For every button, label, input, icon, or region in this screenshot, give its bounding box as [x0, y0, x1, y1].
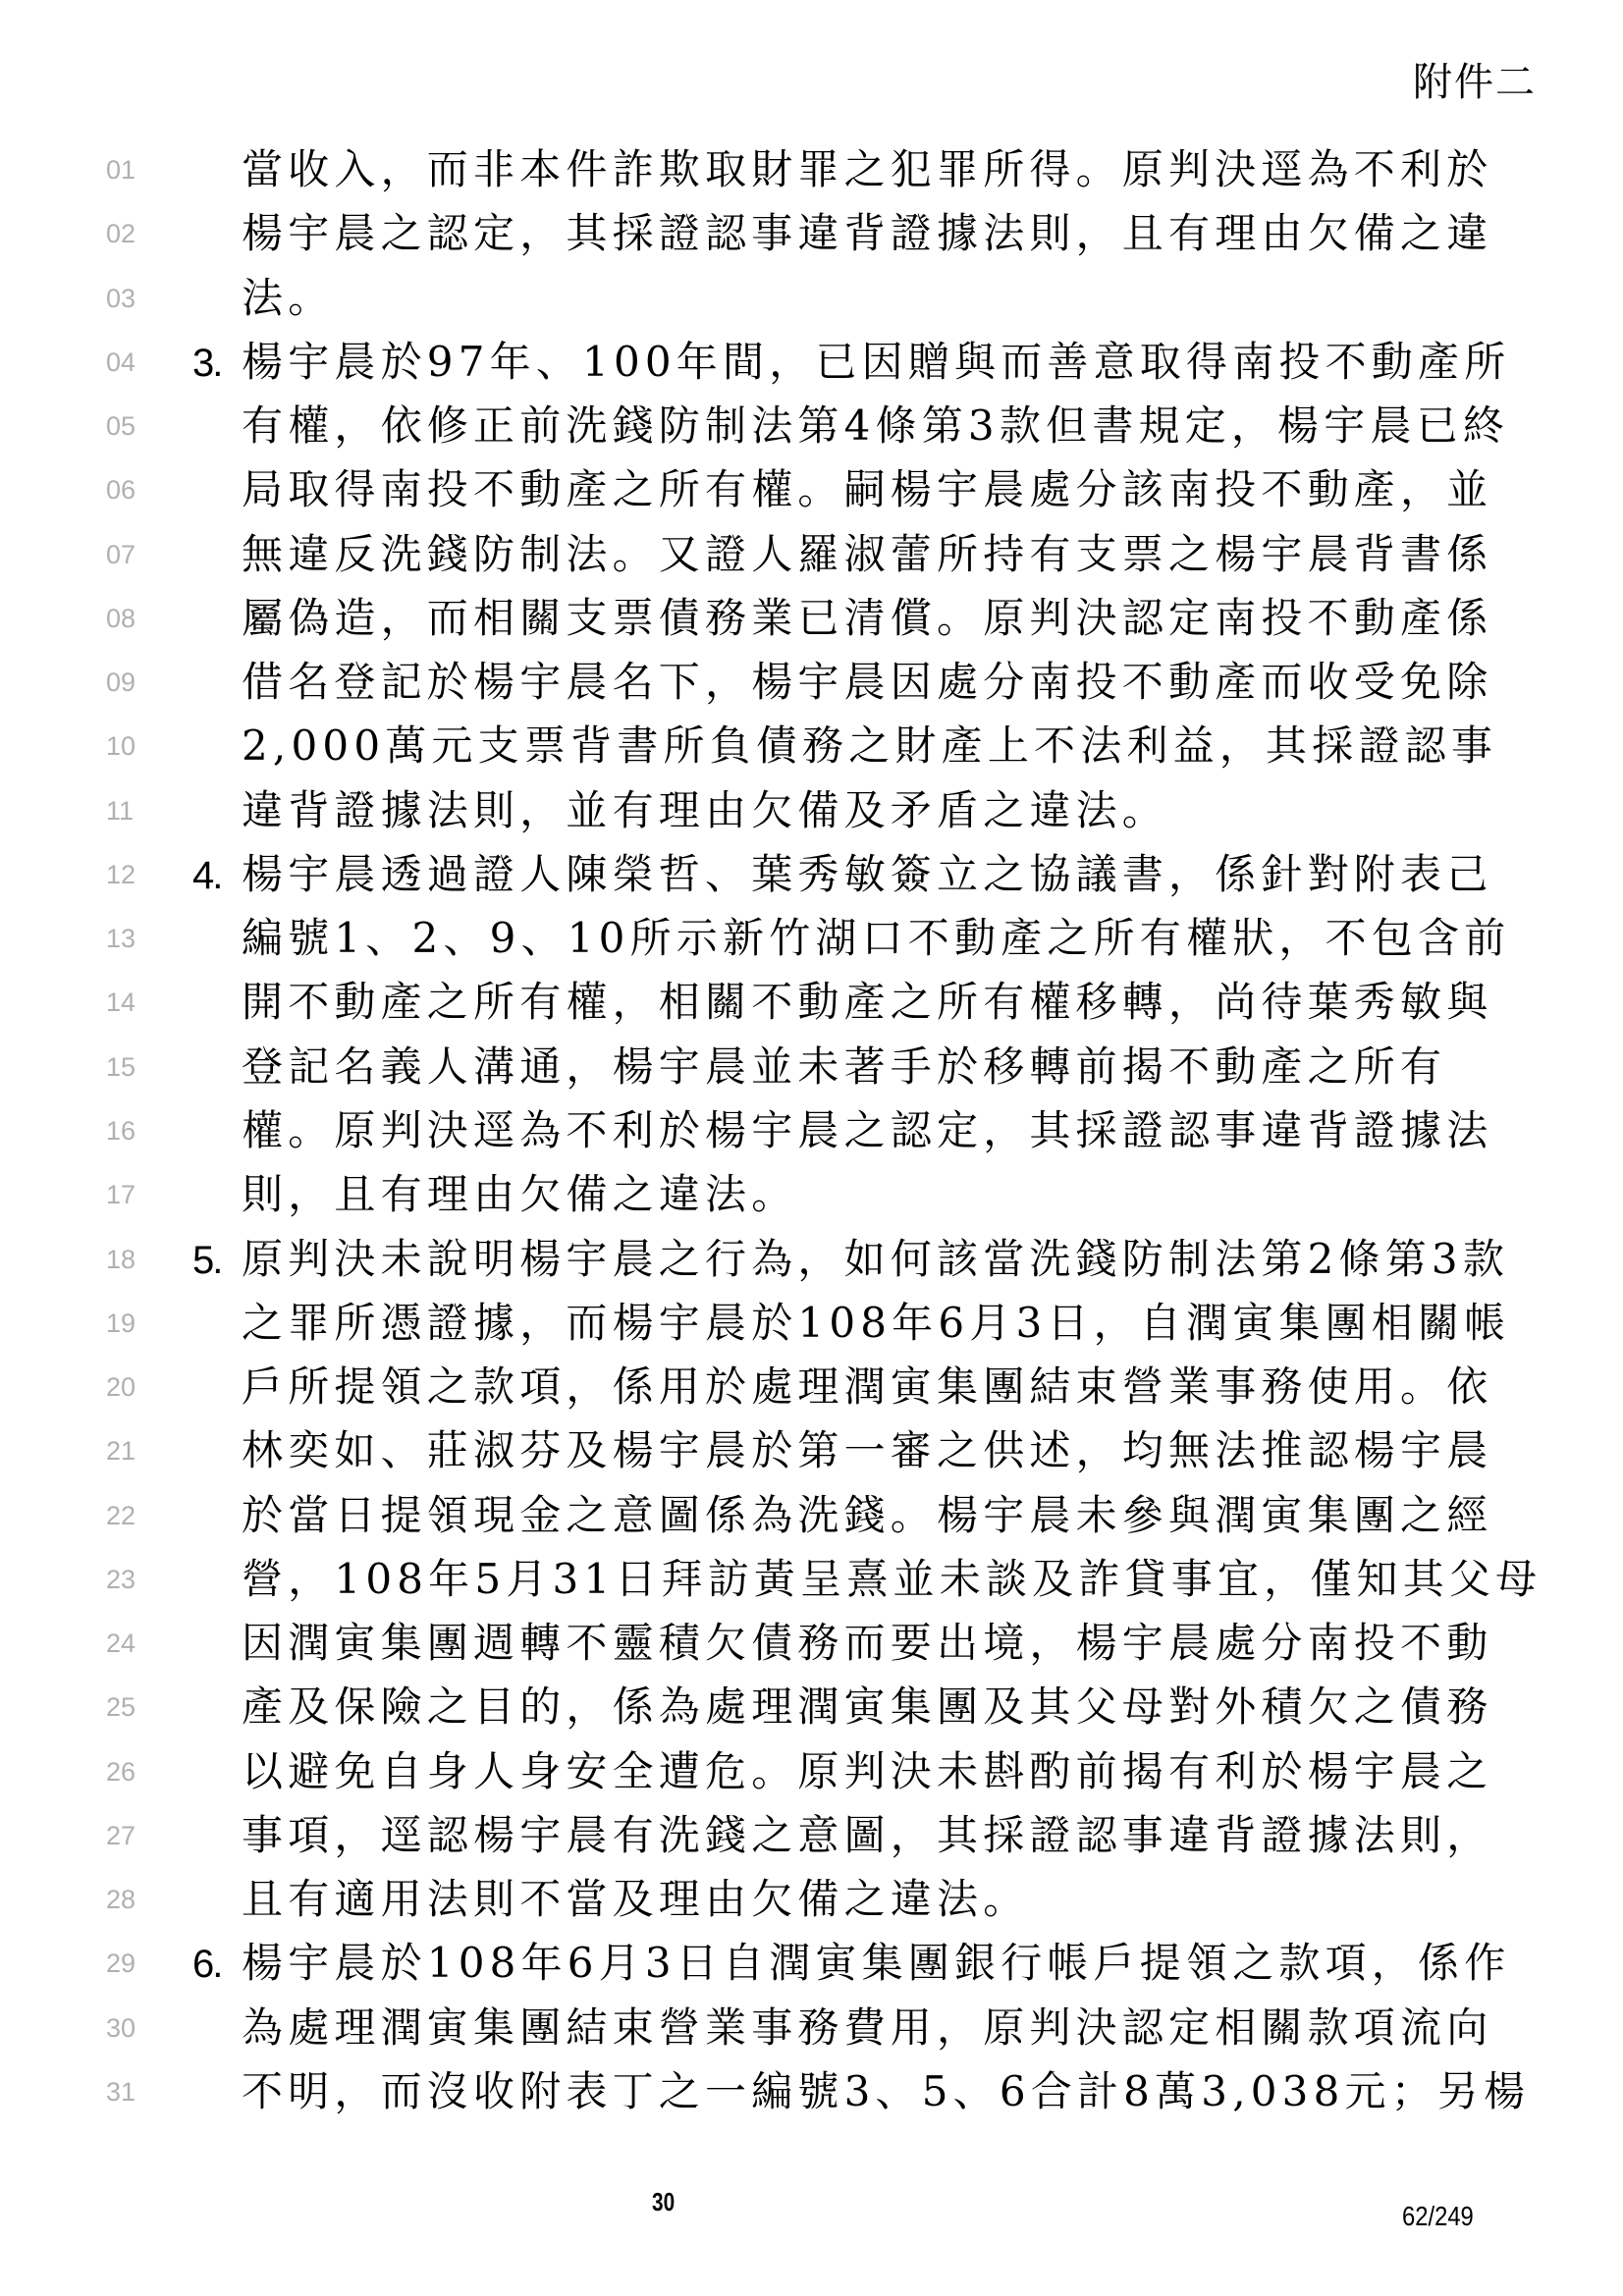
line-text: 不明，而沒收附表丁之一編號3、5、6合計8萬3,038元；另楊 [242, 2067, 1530, 2115]
line-text: 當收入，而非本件詐欺取財罪之犯罪所得。原判決逕為不利於 [242, 145, 1492, 193]
text-line: 且有適用法則不當及理由欠備之違法。 [192, 1877, 1439, 1941]
line-text: 有權，依修正前洗錢防制法第4條第3款但書規定，楊宇晨已終 [242, 401, 1509, 450]
line-number: 16 [106, 1108, 155, 1172]
text-line: 於當日提領現金之意圖係為洗錢。楊宇晨未參與潤寅集團之經 [192, 1493, 1439, 1557]
line-text: 屬偽造，而相關支票債務業已清償。原判決認定南投不動產係 [242, 594, 1492, 642]
line-number: 14 [106, 980, 155, 1043]
line-text: 營，108年5月31日拜訪黃呈熹並未談及詐貸事宜，僅知其父母 [242, 1555, 1542, 1603]
text-line: 楊宇晨之認定，其採證認事違背證據法則，且有理由欠備之違 [192, 211, 1439, 275]
attachment-label: 附件二 [1413, 51, 1537, 107]
line-number: 13 [106, 916, 155, 980]
line-number-column: 0102030405060708091011121314151617181920… [106, 147, 155, 2133]
text-line: 法。 [192, 276, 1439, 340]
text-line: 無違反洗錢防制法。又證人羅淑蕾所持有支票之楊宇晨背書係 [192, 532, 1439, 596]
document-body: 當收入，而非本件詐欺取財罪之犯罪所得。原判決逕為不利於楊宇晨之認定，其採證認事違… [192, 147, 1439, 2133]
text-line: 違背證據法則，並有理由欠備及矛盾之違法。 [192, 788, 1439, 852]
line-text: 戶所提領之款項，係用於處理潤寅集團結束營業事務使用。依 [242, 1362, 1492, 1411]
line-text: 開不動產之所有權，相關不動產之所有權移轉，尚待葉秀敏與 [242, 978, 1492, 1026]
line-text: 楊宇晨於97年、100年間，已因贈與而善意取得南投不動產所 [242, 338, 1510, 386]
line-number: 11 [106, 788, 155, 852]
line-number: 27 [106, 1813, 155, 1877]
line-number: 03 [106, 276, 155, 340]
line-number: 07 [106, 532, 155, 596]
list-item-number: 6. [192, 1942, 242, 1987]
line-text: 之罪所憑證據，而楊宇晨於108年6月3日，自潤寅集團相關帳 [242, 1299, 1510, 1347]
line-number: 05 [106, 403, 155, 467]
text-line: 事項，逕認楊宇晨有洗錢之意圖，其採證認事違背證據法則， [192, 1813, 1439, 1877]
text-line: 戶所提領之款項，係用於處理潤寅集團結束營業事務使用。依 [192, 1364, 1439, 1428]
line-number: 02 [106, 211, 155, 275]
text-line: 借名登記於楊宇晨名下，楊宇晨因處分南投不動產而收受免除 [192, 660, 1439, 723]
text-line: 2,000萬元支票背書所負債務之財產上不法利益，其採證認事 [192, 723, 1439, 787]
line-text: 事項，逕認楊宇晨有洗錢之意圖，其採證認事違背證據法則， [242, 1811, 1492, 1859]
text-line: 編號1、2、9、10所示新竹湖口不動產之所有權狀，不包含前 [192, 916, 1439, 980]
line-text: 楊宇晨之認定，其採證認事違背證據法則，且有理由欠備之違 [242, 209, 1492, 257]
line-number: 08 [106, 596, 155, 660]
line-text: 2,000萬元支票背書所負債務之財產上不法利益，其採證認事 [242, 721, 1497, 770]
text-line: 林奕如、莊淑芬及楊宇晨於第一審之供述，均無法推認楊宇晨 [192, 1428, 1439, 1492]
text-line: 3.楊宇晨於97年、100年間，已因贈與而善意取得南投不動產所 [192, 340, 1439, 403]
page-counter: 62/249 [1402, 2201, 1474, 2232]
line-number: 10 [106, 723, 155, 787]
text-line: 以避免自身人身安全遭危。原判決未斟酌前揭有利於楊宇晨之 [192, 1749, 1439, 1813]
line-number: 09 [106, 660, 155, 723]
line-number: 30 [106, 2005, 155, 2069]
line-text: 則，且有理由欠備之違法。 [242, 1170, 797, 1218]
line-number: 06 [106, 467, 155, 531]
line-number: 18 [106, 1237, 155, 1301]
line-text: 局取得南投不動產之所有權。嗣楊宇晨處分該南投不動產，並 [242, 465, 1492, 513]
text-line: 因潤寅集團週轉不靈積欠債務而要出境，楊宇晨處分南投不動 [192, 1621, 1439, 1684]
line-text: 以避免自身人身安全遭危。原判決未斟酌前揭有利於楊宇晨之 [242, 1747, 1492, 1795]
line-number: 24 [106, 1621, 155, 1684]
line-text: 楊宇晨於108年6月3日自潤寅集團銀行帳戶提領之款項，係作 [242, 1939, 1510, 1987]
text-line: 開不動產之所有權，相關不動產之所有權移轉，尚待葉秀敏與 [192, 980, 1439, 1043]
text-line: 為處理潤寅集團結束營業事務費用，原判決認定相關款項流向 [192, 2005, 1439, 2069]
text-line: 則，且有理由欠備之違法。 [192, 1172, 1439, 1236]
line-text: 因潤寅集團週轉不靈積欠債務而要出境，楊宇晨處分南投不動 [242, 1619, 1492, 1667]
text-line: 局取得南投不動產之所有權。嗣楊宇晨處分該南投不動產，並 [192, 467, 1439, 531]
line-text: 編號1、2、9、10所示新竹湖口不動產之所有權狀，不包含前 [242, 914, 1510, 962]
line-text: 於當日提領現金之意圖係為洗錢。楊宇晨未參與潤寅集團之經 [242, 1491, 1492, 1539]
line-text: 為處理潤寅集團結束營業事務費用，原判決認定相關款項流向 [242, 2003, 1492, 2052]
list-item-number: 4. [192, 853, 242, 898]
line-text: 借名登記於楊宇晨名下，楊宇晨因處分南投不動產而收受免除 [242, 658, 1492, 706]
line-text: 產及保險之目的，係為處理潤寅集團及其父母對外積欠之債務 [242, 1682, 1492, 1731]
line-number: 17 [106, 1172, 155, 1236]
line-number: 12 [106, 852, 155, 916]
line-text: 且有適用法則不當及理由欠備之違法。 [242, 1875, 1029, 1923]
line-text: 法。 [242, 274, 334, 322]
line-number: 01 [106, 147, 155, 211]
line-text: 登記名義人溝通，楊宇晨並未著手於移轉前揭不動產之所有 [242, 1042, 1446, 1091]
text-line: 6.楊宇晨於108年6月3日自潤寅集團銀行帳戶提領之款項，係作 [192, 1941, 1439, 2004]
text-line: 4.楊宇晨透過證人陳榮哲、葉秀敏簽立之協議書，係針對附表己 [192, 852, 1439, 916]
line-number: 29 [106, 1941, 155, 2004]
line-number: 20 [106, 1364, 155, 1428]
line-number: 04 [106, 340, 155, 403]
text-line: 5.原判決未說明楊宇晨之行為，如何該當洗錢防制法第2條第3款 [192, 1237, 1439, 1301]
line-number: 22 [106, 1493, 155, 1557]
line-text: 違背證據法則，並有理由欠備及矛盾之違法。 [242, 786, 1168, 834]
line-number: 23 [106, 1557, 155, 1621]
line-number: 21 [106, 1428, 155, 1492]
text-line: 產及保險之目的，係為處理潤寅集團及其父母對外積欠之債務 [192, 1684, 1439, 1748]
text-line: 之罪所憑證據，而楊宇晨於108年6月3日，自潤寅集團相關帳 [192, 1301, 1439, 1364]
line-number: 25 [106, 1684, 155, 1748]
text-line: 屬偽造，而相關支票債務業已清償。原判決認定南投不動產係 [192, 596, 1439, 660]
line-number: 26 [106, 1749, 155, 1813]
page-number: 30 [652, 2187, 675, 2217]
text-line: 權。原判決逕為不利於楊宇晨之認定，其採證認事違背證據法 [192, 1108, 1439, 1172]
text-line: 營，108年5月31日拜訪黃呈熹並未談及詐貸事宜，僅知其父母 [192, 1557, 1439, 1621]
text-line: 登記名義人溝通，楊宇晨並未著手於移轉前揭不動產之所有 [192, 1044, 1439, 1108]
line-number: 15 [106, 1044, 155, 1108]
text-line: 當收入，而非本件詐欺取財罪之犯罪所得。原判決逕為不利於 [192, 147, 1439, 211]
text-line: 有權，依修正前洗錢防制法第4條第3款但書規定，楊宇晨已終 [192, 403, 1439, 467]
line-number: 31 [106, 2069, 155, 2133]
line-number: 28 [106, 1877, 155, 1941]
line-text: 原判決未說明楊宇晨之行為，如何該當洗錢防制法第2條第3款 [242, 1235, 1509, 1283]
line-text: 權。原判決逕為不利於楊宇晨之認定，其採證認事違背證據法 [242, 1106, 1492, 1154]
line-text: 楊宇晨透過證人陳榮哲、葉秀敏簽立之協議書，係針對附表己 [242, 850, 1492, 898]
list-item-number: 3. [192, 341, 242, 386]
line-number: 19 [106, 1301, 155, 1364]
line-text: 無違反洗錢防制法。又證人羅淑蕾所持有支票之楊宇晨背書係 [242, 530, 1492, 578]
list-item-number: 5. [192, 1238, 242, 1283]
line-text: 林奕如、莊淑芬及楊宇晨於第一審之供述，均無法推認楊宇晨 [242, 1426, 1492, 1474]
text-line: 不明，而沒收附表丁之一編號3、5、6合計8萬3,038元；另楊 [192, 2069, 1439, 2133]
